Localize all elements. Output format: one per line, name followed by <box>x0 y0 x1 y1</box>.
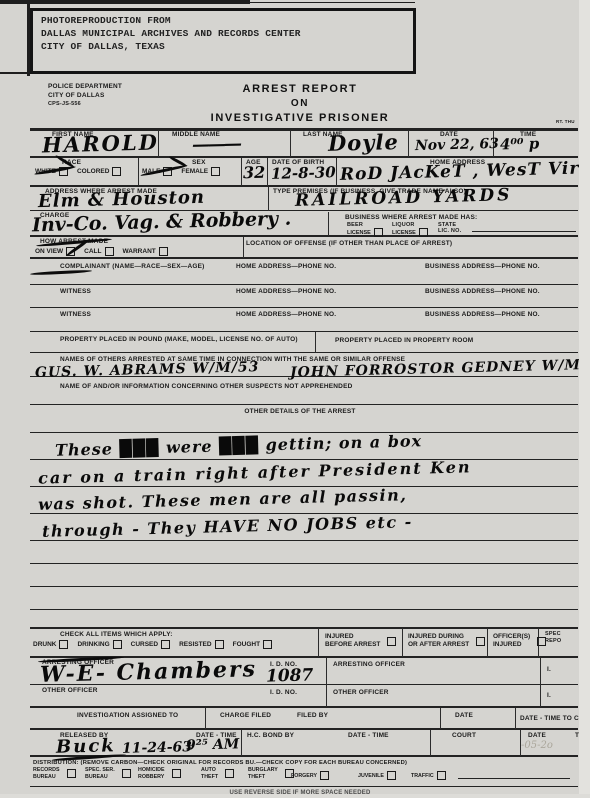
court-label: COURT <box>452 732 476 739</box>
divider <box>30 706 578 708</box>
race-colored-checkbox <box>112 167 121 176</box>
witness2-home-label: HOME ADDRESS—PHONE NO. <box>236 311 336 318</box>
ruled-line <box>30 540 578 541</box>
form-number: CPS-JS-556 <box>48 101 81 107</box>
other-officer2-label: OTHER OFFICER <box>333 689 389 696</box>
first-name-value: HAROLD <box>42 129 159 157</box>
page-bottom-margin <box>0 794 590 798</box>
special-report-cut-label2: REPO <box>545 638 561 644</box>
blank-line <box>472 231 576 232</box>
dist-auto-l1: AUTO <box>201 767 218 774</box>
cut-id2-label: I. <box>547 692 551 699</box>
investigation-assigned-label: INVESTIGATION ASSIGNED TO <box>77 712 178 719</box>
dist-records-checkbox <box>67 769 76 778</box>
dist-homicide-l1: HOMICIDE <box>138 767 165 774</box>
date-time-to-cut-label: DATE - TIME TO CO <box>520 715 584 722</box>
stamp-line: CITY OF DALLAS, TEXAS <box>41 41 413 54</box>
bond-datetime-label: DATE - TIME <box>348 732 389 739</box>
divider <box>205 708 206 729</box>
divider <box>241 730 242 756</box>
injured-before-label2: BEFORE ARREST <box>325 641 380 649</box>
arrest-address-value: Elm & Houston <box>38 187 206 212</box>
fought-checkbox <box>263 640 272 649</box>
divider <box>243 237 244 258</box>
divider <box>326 658 327 707</box>
witness2-business-label: BUSINESS ADDRESS—PHONE NO. <box>425 311 540 318</box>
cut-id-label: I. <box>547 666 551 673</box>
warrant-checkbox <box>159 247 168 256</box>
witness1-label: WITNESS <box>60 288 91 295</box>
witness2-label: WITNESS <box>60 311 91 318</box>
stamp-line: DALLAS MUNICIPAL ARCHIVES AND RECORDS CE… <box>41 28 413 41</box>
dist-juvenile-label: JUVENILE <box>358 773 384 779</box>
fought-label: FOUGHT <box>233 641 260 648</box>
divider <box>30 284 578 285</box>
injured-during-checkbox <box>476 637 485 646</box>
divider <box>30 235 578 237</box>
dist-juvenile-checkbox <box>387 771 396 780</box>
check-items-label: CHECK ALL ITEMS WHICH APPLY: <box>60 631 173 638</box>
divider <box>408 130 409 157</box>
released-date-label: DATE <box>528 732 546 739</box>
released-time-value: 9²⁵ AM <box>186 736 240 753</box>
dist-item-records: RECORDSBUREAU <box>33 767 76 781</box>
injured-before-checkbox <box>387 637 396 646</box>
resisted-checkbox <box>215 640 224 649</box>
dist-spec-l2: BUREAU <box>85 774 115 781</box>
id-no-value: 1087 <box>266 665 314 686</box>
details-line-1: These ███ were ███ gettin; on a box <box>55 431 422 460</box>
dist-traffic-label: TRAFFIC <box>411 773 434 779</box>
dist-item-homicide: HOMICIDEROBBERY <box>138 767 181 781</box>
cursed-label: CURSED <box>131 641 158 648</box>
other-suspects-label: NAME OF AND/OR INFORMATION CONCERNING OT… <box>60 383 353 390</box>
dist-auto-l2: THEFT <box>201 774 218 781</box>
resisted-label: RESISTED <box>179 641 212 648</box>
charge-value: Inv-Co. Vag. & Robbery . <box>32 208 292 237</box>
investigation-date-label: DATE <box>455 712 473 719</box>
dept-city: CITY OF DALLAS <box>48 92 105 99</box>
divider <box>290 130 291 157</box>
call-label: CALL <box>84 248 101 255</box>
injured-during-label2: OR AFTER ARREST <box>408 641 469 649</box>
corner-cut-label: RT. THU <box>556 119 575 124</box>
scan-edge-artifact <box>0 2 415 3</box>
dist-spec-l1: SPEC. SER. <box>85 767 115 774</box>
divider <box>30 257 578 259</box>
divider <box>267 158 268 186</box>
liquor-license-label: LICENSE <box>392 230 416 236</box>
sex-female-checkbox <box>211 167 220 176</box>
middle-name-value: ——— <box>192 133 241 155</box>
race-colored-label: COLORED <box>77 168 110 175</box>
complainant-business-label: BUSINESS ADDRESS—PHONE NO. <box>425 263 540 270</box>
ruled-line <box>30 586 578 587</box>
filed-by-label: FILED BY <box>297 712 328 719</box>
divider <box>30 352 578 353</box>
beer-license: LICENSE <box>347 228 383 237</box>
dist-forgery-checkbox <box>320 771 329 780</box>
liquor-license: LICENSE <box>392 228 428 237</box>
divider <box>540 658 541 707</box>
divider <box>487 628 488 657</box>
divider <box>430 730 431 756</box>
how-arrest-options: ON VIEW CALL WARRANT <box>35 247 168 256</box>
liquor-license-checkbox <box>419 228 428 237</box>
ruled-line <box>30 563 578 564</box>
last-name-value: Doyle <box>328 129 399 156</box>
details-line-4: through - They HAVE NO JOBS etc - <box>42 512 413 541</box>
drinking-label: DRINKING <box>77 641 109 648</box>
dist-item-burglary: BURGLARYTHEFT <box>248 767 294 781</box>
archive-stamp: PHOTOREPRODUCTION FROM DALLAS MUNICIPAL … <box>30 8 416 74</box>
details-line-2: car on a train right after President Ken <box>38 457 472 487</box>
page-right-margin <box>579 0 590 798</box>
dist-forgery-label: FORGERY <box>291 773 317 779</box>
drunk-label: DRUNK <box>33 641 56 648</box>
dist-burglary-l2: THEFT <box>248 774 278 781</box>
pen-scrawl-complainant-dash <box>30 269 92 275</box>
ruled-line <box>30 609 578 610</box>
divider <box>440 708 441 729</box>
released-date-value: 11-24-63 <box>122 739 192 757</box>
officers-injured-label: OFFICER(S) <box>493 633 530 641</box>
ruled-line <box>30 459 578 460</box>
officers-injured-group: OFFICER(S)INJURED <box>493 633 546 650</box>
sex-label: SEX <box>192 159 206 166</box>
divider <box>241 158 242 186</box>
injured-before-label: INJURED <box>325 633 380 641</box>
id-no2-label: I. D. NO. <box>270 689 297 696</box>
dist-spec-checkbox <box>122 769 131 778</box>
pencil-note: -05-2o <box>521 740 553 751</box>
hc-bond-label: H.C. BOND BY <box>247 732 294 739</box>
injured-before-group: INJUREDBEFORE ARREST <box>325 633 396 650</box>
divider <box>315 332 316 353</box>
dept-name: POLICE DEPARTMENT <box>48 83 122 90</box>
dob-value: 12-8-30 <box>271 163 336 183</box>
injured-during-label: INJURED DURING <box>408 633 469 641</box>
drunk-checkbox <box>59 640 68 649</box>
report-subtitle: INVESTIGATIVE PRISONER <box>180 112 420 124</box>
complainant-label: COMPLAINANT (NAME—RACE—SEX—AGE) <box>60 263 205 270</box>
check-items-row: DRUNK DRINKING CURSED RESISTED FOUGHT <box>33 640 272 649</box>
ruled-line <box>30 432 578 433</box>
date-value: Nov 22, 63 <box>415 136 499 154</box>
dist-traffic-checkbox <box>437 771 446 780</box>
dist-homicide-checkbox <box>172 769 181 778</box>
divider <box>318 628 319 657</box>
arresting-officer2-label: ARRESTING OFFICER <box>333 661 405 668</box>
dist-records-l1: RECORDS <box>33 767 60 774</box>
dist-homicide-l2: ROBBERY <box>138 774 165 781</box>
stamp-line: PHOTOREPRODUCTION FROM <box>41 15 413 28</box>
dist-item-traffic: TRAFFIC <box>411 771 446 780</box>
complainant-home-label: HOME ADDRESS—PHONE NO. <box>236 263 336 270</box>
dist-burglary-l1: BURGLARY <box>248 767 278 774</box>
location-offense-label: LOCATION OF OFFENSE (IF OTHER THAN PLACE… <box>246 240 452 247</box>
witness1-home-label: HOME ADDRESS—PHONE NO. <box>236 288 336 295</box>
divider <box>138 158 139 186</box>
home-address-value: RoD JAcKeT , WesT Virginia <box>340 157 590 185</box>
property-room-label: PROPERTY PLACED IN PROPERTY ROOM <box>335 337 473 344</box>
dist-item-spec-ser: SPEC. SER.BUREAU <box>85 767 131 781</box>
report-title-on: ON <box>180 98 420 109</box>
blank-line <box>458 778 570 779</box>
divider <box>30 627 578 629</box>
age-value: 32 <box>243 163 266 183</box>
divider <box>328 212 329 236</box>
divider <box>30 404 578 405</box>
divider <box>515 708 516 729</box>
divider <box>336 158 337 186</box>
dist-item-juvenile: JUVENILE <box>358 771 396 780</box>
details-line-3: was shot. These men are all passin, <box>38 485 408 514</box>
beer-license-label: LICENSE <box>347 230 371 236</box>
business-has-label: BUSINESS WHERE ARREST MADE HAS: <box>345 214 477 221</box>
beer-license-checkbox <box>374 228 383 237</box>
divider <box>30 786 578 787</box>
on-view-label: ON VIEW <box>35 248 63 255</box>
divider <box>30 156 578 158</box>
property-pound-label: PROPERTY PLACED IN POUND (MAKE, MODEL, L… <box>60 336 298 343</box>
other-officer-label: OTHER OFFICER <box>42 687 98 694</box>
divider <box>402 628 403 657</box>
divider <box>30 307 578 308</box>
time-value: 4⁰⁰ p <box>500 134 540 153</box>
call-checkbox <box>105 247 114 256</box>
witness1-business-label: BUSINESS ADDRESS—PHONE NO. <box>425 288 540 295</box>
charge-filed-label: CHARGE FILED <box>220 712 271 719</box>
drinking-checkbox <box>113 640 122 649</box>
arrest-report-scan: PHOTOREPRODUCTION FROM DALLAS MUNICIPAL … <box>0 0 590 798</box>
dist-item-auto: AUTOTHEFT <box>201 767 234 781</box>
dist-item-forgery: FORGERY <box>291 771 329 780</box>
warrant-label: WARRANT <box>123 248 156 255</box>
divider <box>30 728 578 730</box>
other-details-header: OTHER DETAILS OF THE ARREST <box>180 408 420 415</box>
ruled-line <box>30 513 578 514</box>
dist-records-l2: BUREAU <box>33 774 60 781</box>
report-title: ARREST REPORT <box>180 83 420 95</box>
dist-auto-checkbox <box>225 769 234 778</box>
special-report-cut-label: SPEC <box>545 631 561 637</box>
sex-female-label: FEMALE <box>181 168 208 175</box>
premises-value: RAILROAD YARDS <box>295 185 513 211</box>
injured-during-group: INJURED DURINGOR AFTER ARREST <box>408 633 485 650</box>
divider <box>30 331 578 332</box>
officers-injured-label2: INJURED <box>493 641 530 649</box>
state-lic-no-label: LIC. NO. <box>438 228 461 234</box>
cursed-checkbox <box>161 640 170 649</box>
distribution-label: DISTRIBUTION: (REMOVE CARBON—CHECK ORIGI… <box>33 760 407 766</box>
